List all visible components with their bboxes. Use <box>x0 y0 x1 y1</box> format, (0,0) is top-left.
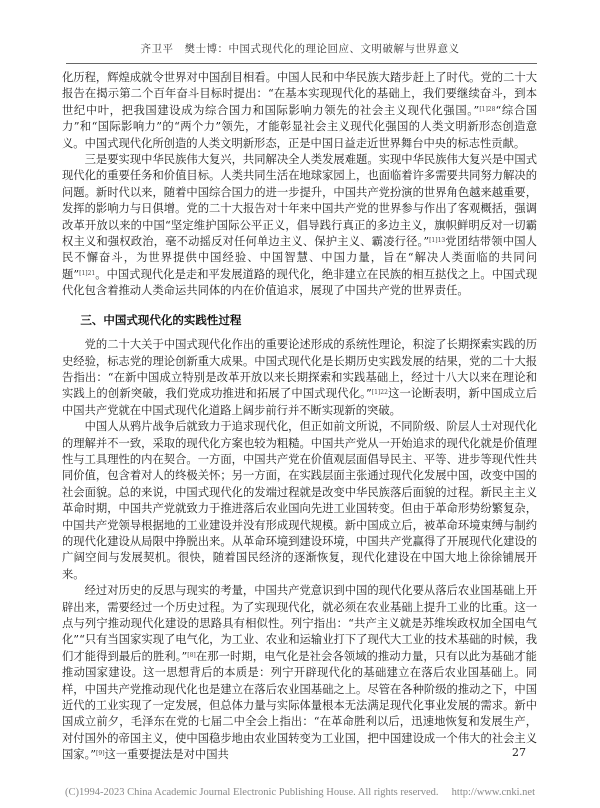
paragraph: 经过对历史的反思与现实的考量，中国共产党意识到中国的现代化要从落后农业国基础上开… <box>62 583 537 763</box>
paragraph: 化历程，辉煌成就令世界对中国刮目相看。中国人民和中华民族大踏步赶上了时代。党的二… <box>62 70 537 152</box>
citation-ref: [1]13 <box>429 237 445 244</box>
paragraph: 党的二十大关于中国式现代化作出的重要论述形成的系统性理论，积淀了长期探索实践的历… <box>62 337 537 419</box>
page-number: 27 <box>512 746 526 759</box>
citation-ref: [1]28 <box>479 106 495 113</box>
section-heading: 三、中国式现代化的实践性过程 <box>62 312 537 328</box>
citation-ref: [1]22 <box>372 389 388 396</box>
paragraph: 中国人从鸦片战争后就致力于追求现代化，但正如前文所说，不同阶级、阶层人士对现代化… <box>62 419 537 583</box>
copyright-footer: (C)1994-2023 China Academic Journal Elec… <box>0 784 600 799</box>
article-body: 化历程，辉煌成就令世界对中国刮目相看。中国人民和中华民族大踏步赶上了时代。党的二… <box>62 70 537 764</box>
citation-ref: [8] <box>187 652 196 659</box>
running-header: 齐卫平 樊士博：中国式现代化的理论回应、文明破解与世界意义 <box>0 41 600 56</box>
citation-ref: [1]21 <box>79 270 95 277</box>
paragraph: 三是要实现中华民族伟大复兴，共同解决全人类发展难题。实现中华民族伟大复兴是中国式… <box>62 152 537 300</box>
citation-ref: [9] <box>96 750 105 757</box>
header-divider <box>66 63 537 64</box>
